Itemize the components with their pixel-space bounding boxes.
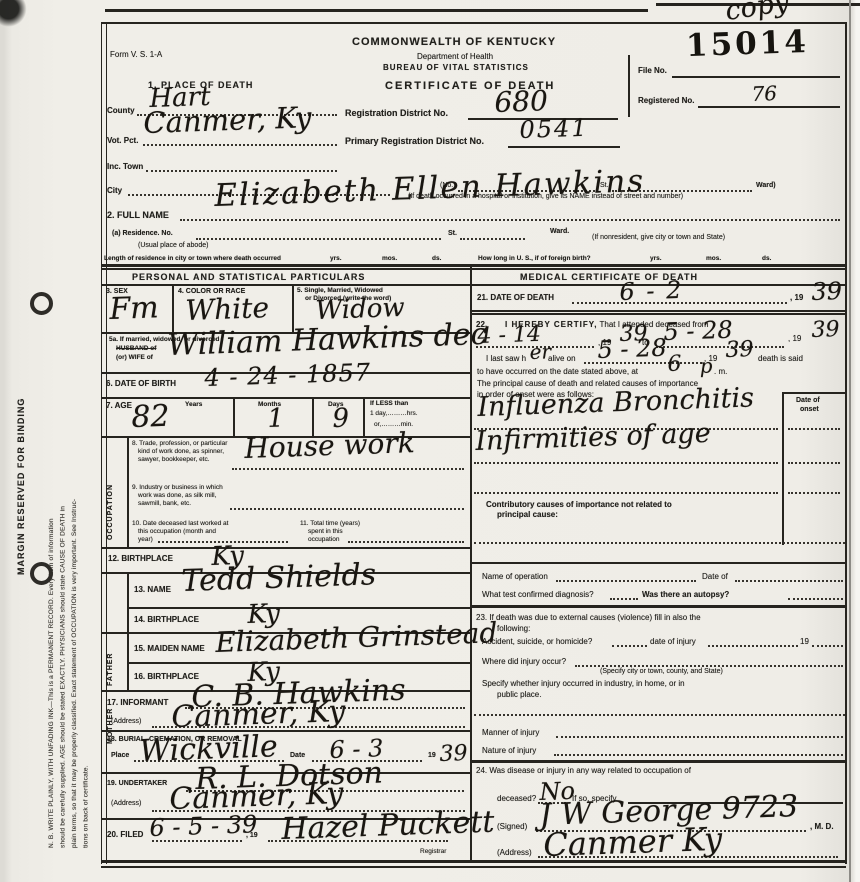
full-name-line <box>180 219 840 221</box>
father-birthplace-label: 14. BIRTHPLACE <box>134 615 199 624</box>
age-years-value: 82 <box>131 399 170 435</box>
grid-line <box>470 760 846 763</box>
father-name-label: 13. NAME <box>134 585 171 594</box>
margin-note-line: should be carefully supplied. AGE should… <box>58 30 70 848</box>
operation-line <box>556 580 696 582</box>
husband-of-label: HUSBAND of <box>116 345 156 352</box>
industry-label-2: work was done, as silk mill, <box>138 492 216 499</box>
filed-label: 20. FILED <box>107 830 143 839</box>
color-race-value: White <box>185 291 270 327</box>
birthplace-label: 12. BIRTHPLACE <box>108 554 173 563</box>
md-label: , M. D. <box>810 822 834 831</box>
contributory-label-2: principal cause: <box>497 510 558 519</box>
abode-note: (Usual place of abode) <box>138 242 208 249</box>
fileno-box-divider <box>628 55 630 117</box>
age-months-value: 1 <box>267 403 285 434</box>
foreign-birth-label: How long in U. S., if of foreign birth? <box>478 255 591 262</box>
grid-line <box>470 313 846 315</box>
inc-town-label: Inc. Town <box>107 162 143 171</box>
marital-label-1: 5. Single, Married, Widowed <box>297 287 383 294</box>
signed-label: (Signed) <box>497 822 527 831</box>
date-of-death-label: 21. DATE OF DEATH <box>477 293 554 302</box>
total-time-line <box>348 541 464 543</box>
total-time-label-1: 11. Total time (years) <box>300 520 360 527</box>
burial-year-prefix: 19 <box>428 752 436 759</box>
registered-no-value: 76 <box>751 81 777 106</box>
residence-line <box>196 238 441 240</box>
primary-reg-label: Primary Registration District No. <box>345 136 484 146</box>
alive-on-label: alive on <box>548 354 576 363</box>
autopsy-line <box>788 598 843 600</box>
wife-of-label: (or) WIFE of <box>116 354 153 361</box>
file-no-line <box>672 76 840 78</box>
department-subtitle: Department of Health <box>417 52 493 61</box>
operation-label: Name of operation <box>482 572 548 581</box>
form-border-right <box>845 22 847 864</box>
trade-value: House work <box>244 426 415 465</box>
last-worked-label-3: year) <box>138 536 153 543</box>
inc-town-line <box>146 170 337 172</box>
scan-edge-line-right <box>849 0 851 882</box>
test-line <box>610 598 638 600</box>
undertaker-label: 19. UNDERTAKER <box>107 780 167 787</box>
less-than-label-1: If LESS than <box>370 400 408 407</box>
total-time-label-3: occupation <box>308 536 339 543</box>
filed-date-value: 6 - 5 - 39 <box>149 810 258 842</box>
informant-address-label: (Address) <box>111 718 141 725</box>
ds-label-2: ds. <box>762 255 771 262</box>
last-saw-year: 39 <box>725 337 754 363</box>
trade-label-1: 8. Trade, profession, or particular <box>132 440 227 447</box>
undertaker-address-label: (Address) <box>111 800 141 807</box>
nature-injury-label: Nature of injury <box>482 746 536 755</box>
injury-date-label: date of injury <box>650 637 696 646</box>
onset-label-1: Date of <box>796 397 820 404</box>
father-name-value: Tedd Shields <box>181 557 377 599</box>
personal-title: PERSONAL AND STATISTICAL PARTICULARS <box>132 272 365 282</box>
bureau-subtitle: BUREAU OF VITAL STATISTICS <box>383 63 529 72</box>
where-injury-line <box>575 665 843 667</box>
certificate-scan: MARGIN RESERVED FOR BINDING N. B. WRITE … <box>0 0 860 882</box>
mother-side-label: MOTHER <box>107 636 114 744</box>
grid-line <box>101 284 470 286</box>
grid-line <box>172 284 174 332</box>
registered-no-line <box>698 106 840 108</box>
trade-label-2: kind of work done, as spinner, <box>138 448 224 455</box>
less-than-label-2: 1 day,………hrs. <box>370 410 418 417</box>
grid-line <box>127 436 129 547</box>
margin-instructions: N. B. WRITE PLAINLY, WITH UNFADING INK—T… <box>46 30 92 848</box>
test-label: What test confirmed diagnosis? <box>482 590 594 599</box>
onset-box-top <box>782 392 846 394</box>
informant-label: 17. INFORMANT <box>107 698 168 707</box>
specify-whether-label-2: public place. <box>497 690 541 699</box>
m-label: . m. <box>714 367 727 376</box>
last-saw-label: I last saw h <box>486 354 526 363</box>
last-worked-label-2: this occupation (month and <box>138 528 216 535</box>
dod-year-prefix: , 19 <box>790 293 803 302</box>
margin-note-line: tions on back of certificate. <box>81 30 93 848</box>
specify-whether-label-1: Specify whether injury occurred in indus… <box>482 679 685 688</box>
certificate-number-stamp: 15014 <box>685 24 809 64</box>
grid-line <box>127 572 129 690</box>
occurred-label: to have occurred on the date stated abov… <box>477 367 638 376</box>
last-saw-her: er <box>529 339 551 364</box>
reg-district-value: 680 <box>494 84 549 119</box>
operation-date-label: Date of <box>702 572 728 581</box>
form-border-bottom-2 <box>101 866 846 868</box>
grid-line <box>233 397 235 436</box>
length-residence-label: Length of residence in city or town wher… <box>104 255 281 262</box>
industry-line <box>230 508 464 510</box>
accident-line <box>612 645 647 647</box>
burial-year-value: 39 <box>439 741 468 767</box>
last-worked-label-1: 10. Date deceased last worked at <box>132 520 228 527</box>
city-ward-label: Ward) <box>756 182 776 189</box>
residence-st-label: St. <box>448 230 457 237</box>
accident-label: Accident, suicide, or homicide? <box>482 637 592 646</box>
external-causes-label-1: 23. If death was due to external causes … <box>476 613 701 622</box>
sex-value: Fm <box>109 290 159 327</box>
registrar-label: Registrar <box>420 848 446 855</box>
deceased-label: deceased? <box>497 794 536 803</box>
margin-note-line: N. B. WRITE PLAINLY, WITH UNFADING INK—T… <box>46 30 58 848</box>
full-name-label: 2. FULL NAME <box>107 210 169 220</box>
injury-19-label: 19 <box>800 637 809 646</box>
certify-year-2: 39 <box>811 317 840 343</box>
cause-onset-line-2 <box>788 462 840 464</box>
primary-reg-line <box>508 146 620 148</box>
ds-label-1: ds. <box>432 255 441 262</box>
signed-address-value: Canmer Ky <box>543 820 723 864</box>
contributory-line <box>474 542 845 544</box>
registered-no-label: Registered No. <box>638 96 694 105</box>
industry-label-3: sawmill, bank, etc. <box>138 500 191 507</box>
q24-label: 24. Was disease or injury in any way rel… <box>476 766 691 775</box>
cause-onset-line-1 <box>788 428 840 430</box>
trade-line <box>232 468 464 470</box>
grid-line <box>470 605 846 608</box>
injury-19-line <box>812 645 843 647</box>
certify-year-prefix-2: , 19 <box>788 334 801 343</box>
certify-to-line <box>656 346 784 348</box>
public-place-line <box>474 714 845 716</box>
form-border-bottom-1 <box>101 860 846 863</box>
manner-injury-label: Manner of injury <box>482 728 539 737</box>
cause-line-3 <box>474 492 778 494</box>
cause-onset-line-3 <box>788 492 840 494</box>
occupation-side-label: OCCUPATION <box>107 446 114 540</box>
industry-label-1: 9. Industry or business in which <box>132 484 223 491</box>
onset-label-2: onset <box>800 406 819 413</box>
section-divider-line-2 <box>101 268 846 270</box>
cause-of-death-1: Influenza Bronchitis <box>477 382 755 423</box>
years-label: Years <box>185 401 202 408</box>
mother-birthplace-label: 16. BIRTHPLACE <box>134 672 199 681</box>
operation-date-line <box>735 580 843 582</box>
vot-pct-label: Vot. Pct. <box>107 136 138 145</box>
reg-district-label: Registration District No. <box>345 108 448 118</box>
yrs-label-2: yrs. <box>650 255 662 262</box>
dod-year-value: 39 <box>811 277 843 306</box>
grid-line <box>470 310 846 312</box>
manner-injury-line <box>556 736 843 738</box>
autopsy-label: Was there an autopsy? <box>642 590 729 599</box>
cause-line-2 <box>474 462 778 464</box>
nature-injury-line <box>554 754 843 756</box>
grid-line <box>470 562 846 564</box>
grid-line <box>127 607 470 609</box>
signed-address-label: (Address) <box>497 848 532 857</box>
hour-p: p <box>699 354 713 378</box>
mos-label-1: mos. <box>382 255 397 262</box>
nonresident-note: (If nonresident, give city or town and S… <box>592 234 725 241</box>
where-injury-label: Where did injury occur? <box>482 657 566 666</box>
county-label: County <box>107 106 135 115</box>
contributory-label-1: Contributory causes of importance not re… <box>486 500 672 509</box>
mos-label-2: mos. <box>706 255 721 262</box>
mother-maiden-label: 15. MAIDEN NAME <box>134 644 205 653</box>
last-saw-date: 5 - 28 <box>597 334 667 364</box>
injury-date-line <box>708 645 798 647</box>
residence-label: (a) Residence. No. <box>112 230 173 237</box>
specify-city-note: (Specify city or town, county, and State… <box>600 668 723 675</box>
commonwealth-title: COMMONWEALTH OF KENTUCKY <box>352 36 556 48</box>
scan-edge-line-top-left <box>105 9 648 12</box>
trade-label-3: sawyer, bookkeeper, etc. <box>138 456 210 463</box>
hour-value: 6 <box>667 352 682 377</box>
section-divider-line <box>101 264 846 267</box>
grid-line <box>101 547 470 549</box>
vot-pct-line <box>143 144 337 146</box>
residence-ward-label: Ward. <box>550 228 569 235</box>
cause-of-death-2: Infirmities of age <box>475 418 711 457</box>
primary-reg-value: 0541 <box>519 114 589 144</box>
margin-note-line: plain terms, so that it may be properly … <box>69 30 81 848</box>
burial-place-label: Place <box>111 752 129 759</box>
onset-box-left <box>782 392 784 545</box>
vot-pct-value: Canmer, Ky <box>143 100 312 140</box>
age-label: 7. AGE <box>106 401 132 410</box>
total-time-label-2: spent in this <box>308 528 343 535</box>
dob-label: 6. DATE OF BIRTH <box>106 379 176 388</box>
certify-to-value: 5 - 28 <box>663 316 733 346</box>
residence-st-line <box>460 238 525 240</box>
date-of-death-value: 6 - 2 <box>619 276 684 306</box>
city-label: City <box>107 186 122 195</box>
grid-line <box>127 662 470 664</box>
death-said-label: death is said <box>758 354 803 363</box>
registrar-value: Hazel Puckett <box>281 805 495 847</box>
yrs-label-1: yrs. <box>330 255 342 262</box>
external-causes-label-2: following: <box>497 624 530 633</box>
margin-binding-text: MARGIN RESERVED FOR BINDING <box>16 335 26 575</box>
file-no-label: File No. <box>638 66 667 75</box>
dob-value: 4 - 24 - 1857 <box>204 358 372 392</box>
form-number: Form V. S. 1-A <box>110 50 162 59</box>
